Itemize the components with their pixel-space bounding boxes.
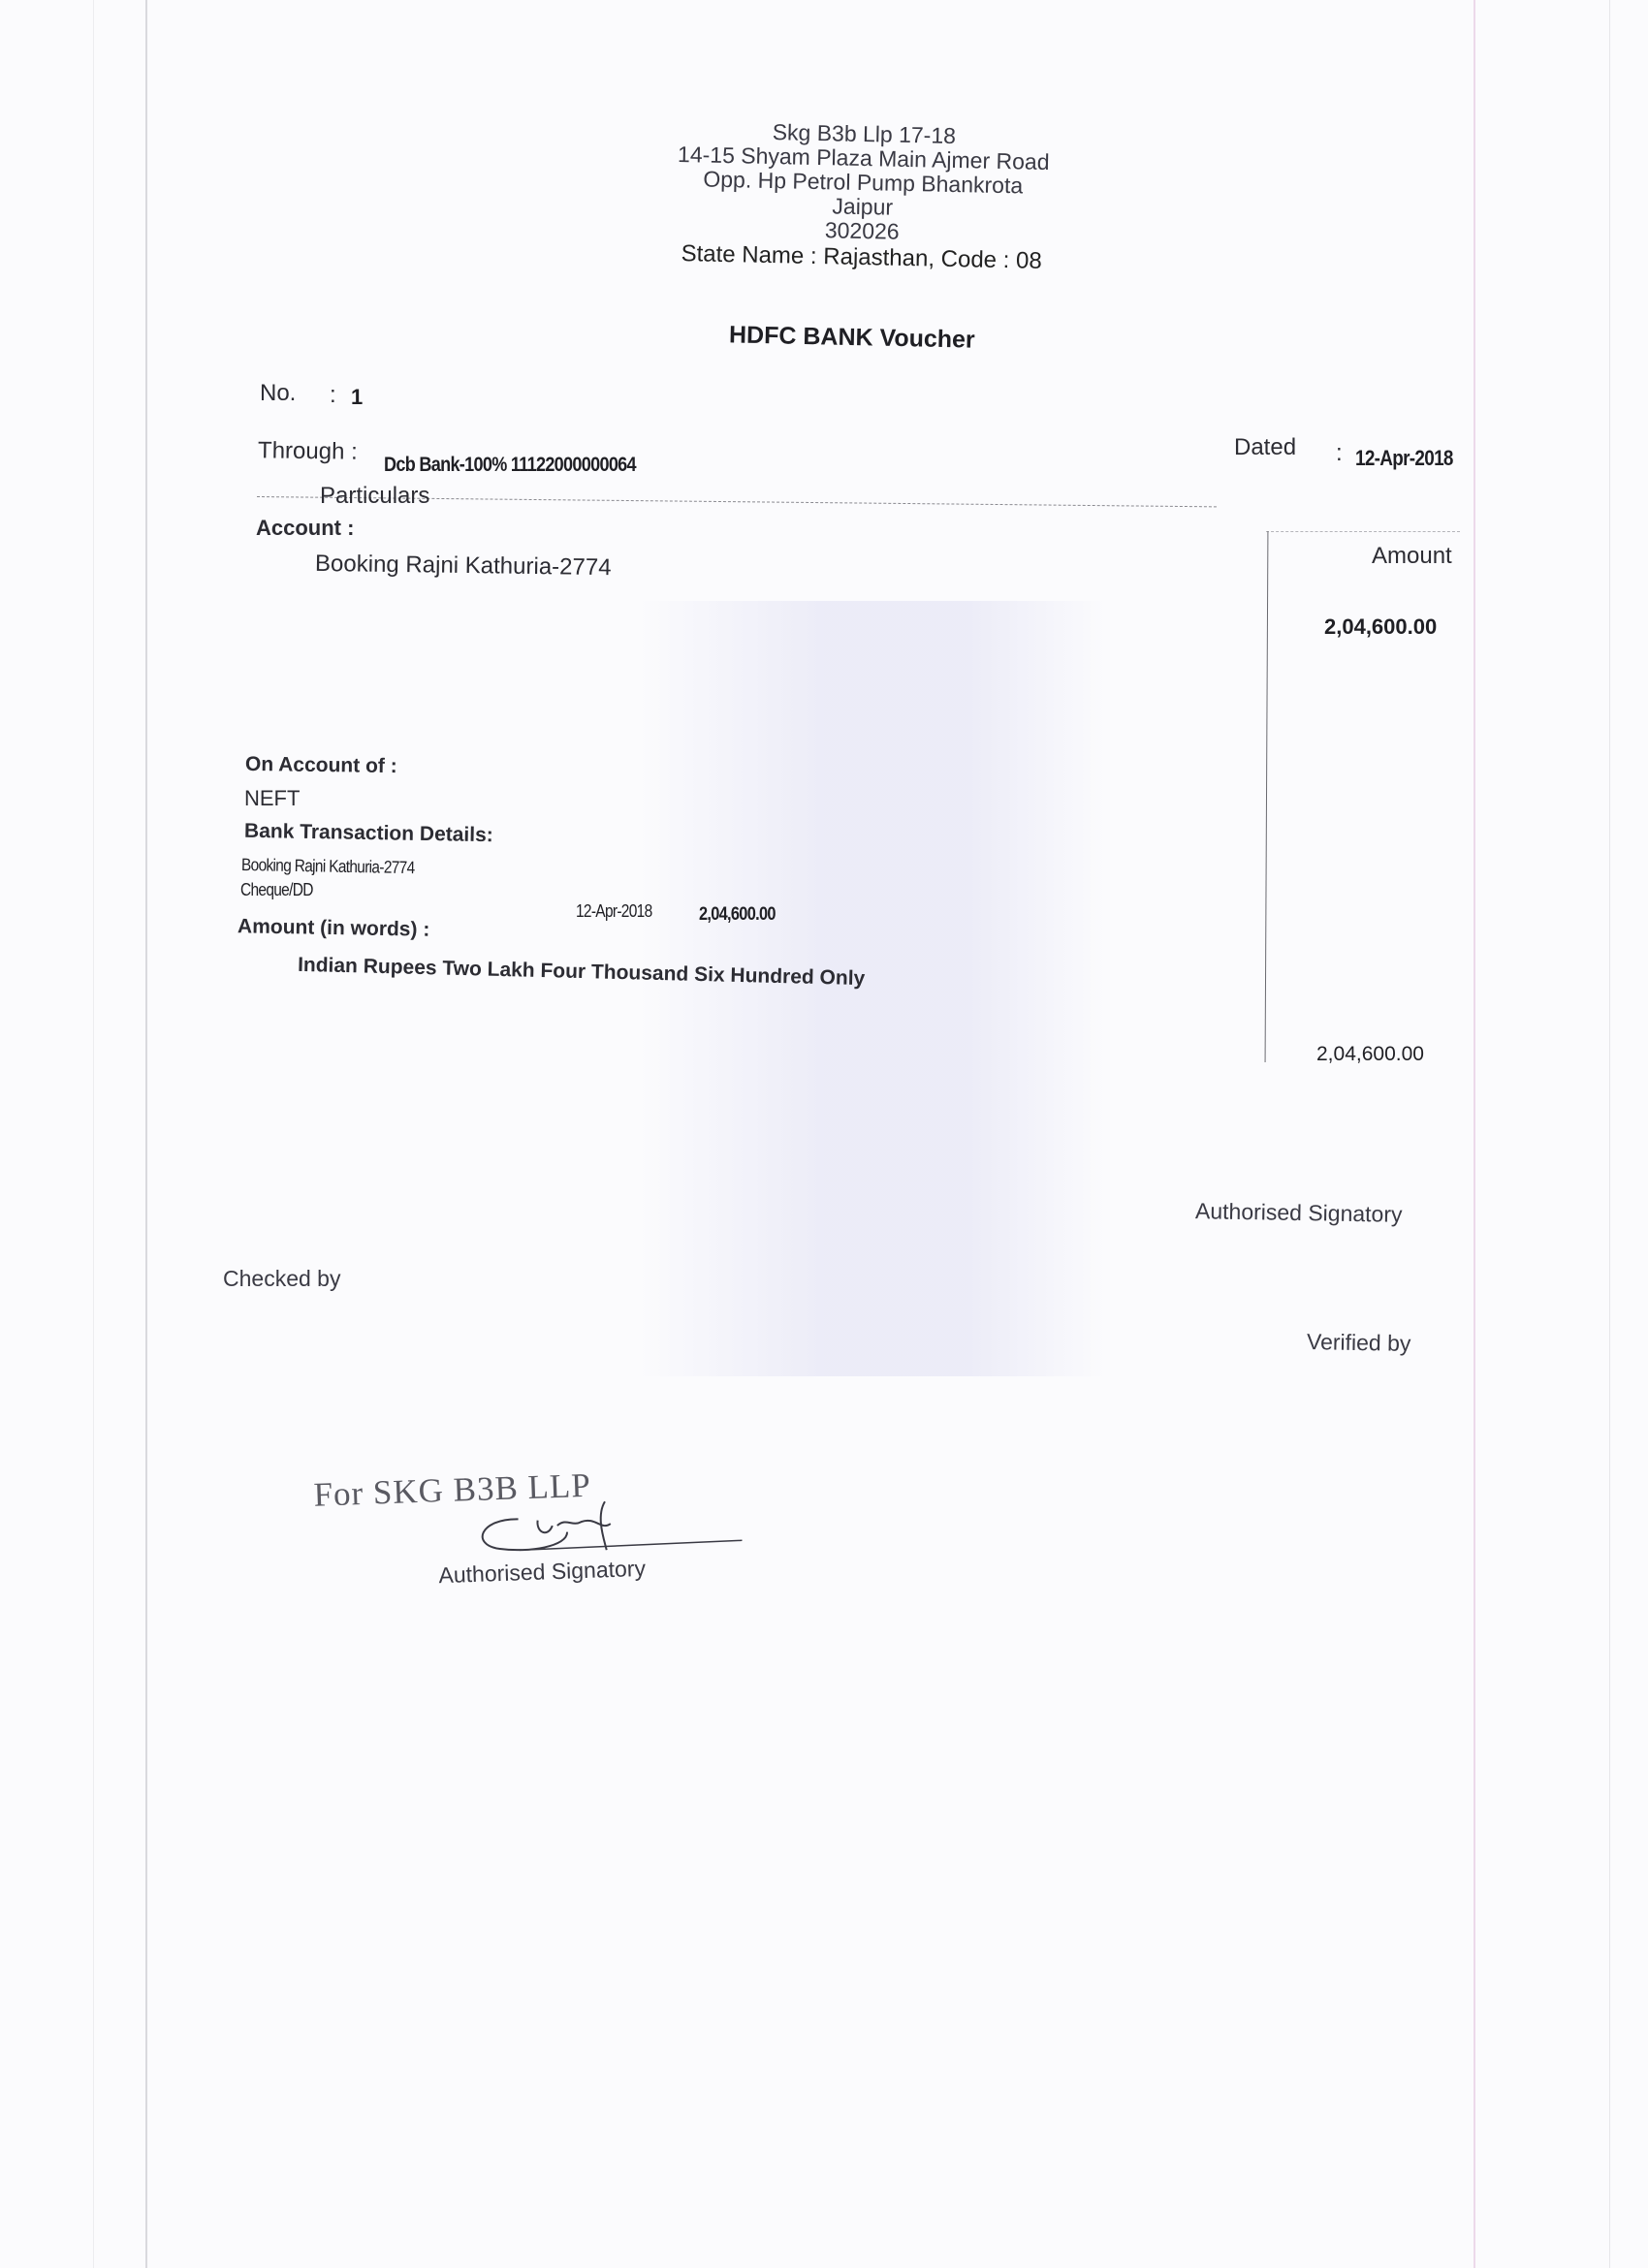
page-edge (1609, 0, 1610, 2268)
through-label: Through : (258, 437, 358, 465)
account-amount: 2,04,600.00 (1324, 614, 1437, 640)
amount-words-label: Amount (in words) : (238, 915, 430, 941)
verified-by: Verified by (1307, 1329, 1411, 1357)
bank-transaction-amount: 2,04,600.00 (699, 904, 776, 926)
company-header: Skg B3b Llp 17-18 14-15 Shyam Plaza Main… (618, 117, 1106, 274)
voucher-title: HDFC BANK Voucher (729, 321, 975, 354)
through-value: Dcb Bank-100% 11122000000064 (384, 454, 636, 477)
account-label: Account : (256, 516, 354, 541)
company-stamp: For SKG B3B LLP Authorised Signatory (313, 1451, 745, 1611)
page-edge (145, 0, 147, 2268)
on-account-label: On Account of : (245, 753, 397, 778)
authorised-signatory: Authorised Signatory (1195, 1198, 1403, 1228)
amount-column-line (1265, 531, 1269, 1062)
dated-value: 12-Apr-2018 (1355, 446, 1453, 471)
amount-header: Amount (1372, 543, 1452, 570)
voucher-no-sep: : (330, 382, 336, 409)
total-amount: 2,04,600.00 (1316, 1043, 1424, 1066)
checked-by: Checked by (223, 1266, 340, 1292)
bank-transaction-label: Bank Transaction Details: (244, 820, 493, 847)
particulars-header: Particulars (320, 483, 429, 510)
page-edge (93, 0, 94, 2268)
bank-transaction-mode: Cheque/DD (240, 880, 313, 900)
bank-transaction-date: 12-Apr-2018 (576, 901, 651, 922)
dated-sep: : (1336, 440, 1343, 467)
voucher-no-value: 1 (351, 385, 363, 410)
voucher-no-label: No. (260, 380, 296, 407)
amount-column-top-line (1266, 531, 1460, 532)
dated-label: Dated (1234, 434, 1296, 461)
account-name: Booking Rajni Kathuria-2774 (315, 551, 612, 582)
bank-transaction-party: Booking Rajni Kathuria-2774 (241, 855, 415, 878)
page-edge (1474, 0, 1475, 2268)
on-account-value: NEFT (244, 786, 300, 811)
scan-shade (640, 601, 1105, 1376)
